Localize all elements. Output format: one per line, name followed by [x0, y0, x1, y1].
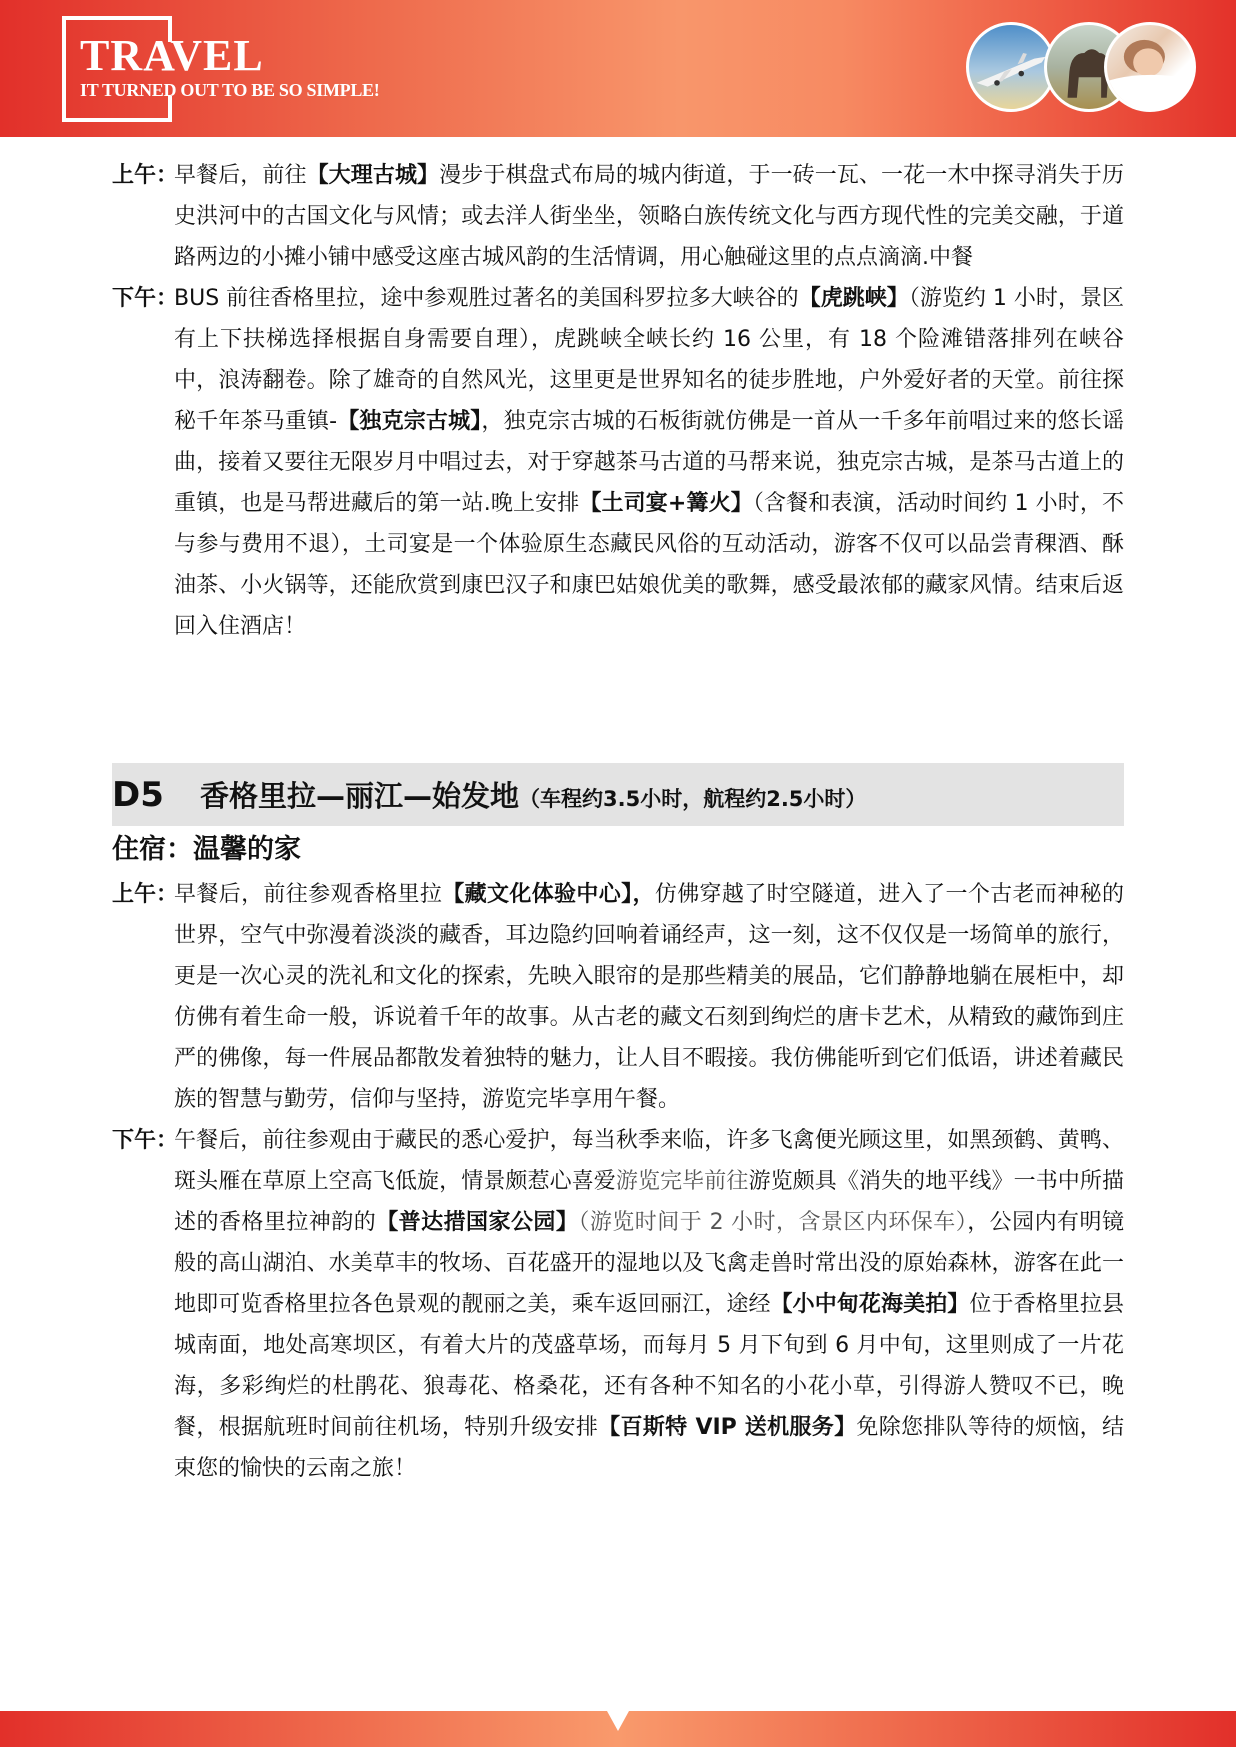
- sleeping-woman-photo: [1104, 22, 1196, 112]
- sleeping-person-icon: [1107, 25, 1193, 109]
- day5-itinerary: 上午：早餐后，前往参观香格里拉【藏文化体验中心】，仿佛穿越了时空隧道，进入了一个…: [112, 874, 1124, 1489]
- text-segment: BUS 前往香格里拉，途中参观胜过著名的美国科罗拉多大峡谷的: [174, 286, 799, 311]
- day4-afternoon-paragraph: 下午：BUS 前往香格里拉，途中参观胜过著名的美国科罗拉多大峡谷的【虎跳峡】（游…: [112, 278, 1124, 647]
- day5-morning-paragraph: 上午：早餐后，前往参观香格里拉【藏文化体验中心】，仿佛穿越了时空隧道，进入了一个…: [112, 874, 1124, 1120]
- lodging-info: 住宿：温馨的家: [112, 829, 301, 871]
- text-segment: 早餐后，前往: [174, 163, 307, 188]
- footer-notch-triangle: [607, 1711, 629, 1731]
- attraction-pudacuo-national-park: 【普达措国家公园】: [376, 1210, 578, 1235]
- day5-header-band: D5 香格里拉—丽江—始发地（车程约3.5小时，航程约2.5小时）: [112, 763, 1124, 826]
- airplane-icon: [969, 25, 1053, 109]
- activity-tusi-banquet-bonfire: 【土司宴+篝火】: [579, 491, 752, 516]
- day4-morning-paragraph: 上午：早餐后，前往【大理古城】漫步于棋盘式布局的城内街道，于一砖一瓦、一花一木中…: [112, 155, 1124, 278]
- day4-itinerary: 上午：早餐后，前往【大理古城】漫步于棋盘式布局的城内街道，于一砖一瓦、一花一木中…: [112, 155, 1124, 647]
- day-route-title: 香格里拉—丽江—始发地（车程约3.5小时，航程约2.5小时）: [200, 773, 866, 822]
- afternoon-label: 下午：: [112, 278, 178, 319]
- attraction-tibetan-culture-center: 【藏文化体验中心】，: [442, 882, 655, 907]
- footer-banner: [0, 1711, 1236, 1747]
- text-segment-muted: （游览时间于 2 小时，含景区内环保车）: [578, 1210, 967, 1235]
- text-segment-muted: 游览完毕前往: [616, 1169, 749, 1194]
- day5-afternoon-paragraph: 下午：午餐后，前往参观由于藏民的悉心爱护，每当秋季来临，许多飞禽便光顾这里，如黑…: [112, 1120, 1124, 1489]
- attraction-dali-old-town: 【大理古城】: [307, 163, 440, 188]
- airplane-photo: [966, 22, 1056, 112]
- morning-label: 上午：: [112, 155, 178, 196]
- route-text: 香格里拉—丽江—始发地: [200, 779, 519, 813]
- header-banner: TRAVEL IT TURNED OUT TO BE SO SIMPLE!: [0, 0, 1236, 137]
- afternoon-label: 下午：: [112, 1120, 178, 1161]
- attraction-dukezong-old-town: 【独克宗古城】: [337, 409, 481, 434]
- brand-title: TRAVEL: [80, 34, 264, 78]
- morning-label: 上午：: [112, 874, 178, 915]
- brand-slogan: IT TURNED OUT TO BE SO SIMPLE!: [80, 80, 379, 100]
- travel-time-note: （车程约3.5小时，航程约2.5小时）: [519, 787, 866, 811]
- attraction-xiaozhongdian-flower-sea: 【小中甸花海美拍】: [771, 1292, 970, 1317]
- attraction-tiger-leaping-gorge: 【虎跳峡】: [799, 286, 909, 311]
- text-segment: 早餐后，前往参观香格里拉: [174, 882, 442, 907]
- day-code: D5: [112, 771, 164, 819]
- text-segment: 仿佛穿越了时空隧道，进入了一个古老而神秘的世界，空气中弥漫着淡淡的藏香，耳边隐约…: [174, 882, 1124, 1112]
- service-vip-airport-dropoff: 【百斯特 VIP 送机服务】: [598, 1415, 856, 1440]
